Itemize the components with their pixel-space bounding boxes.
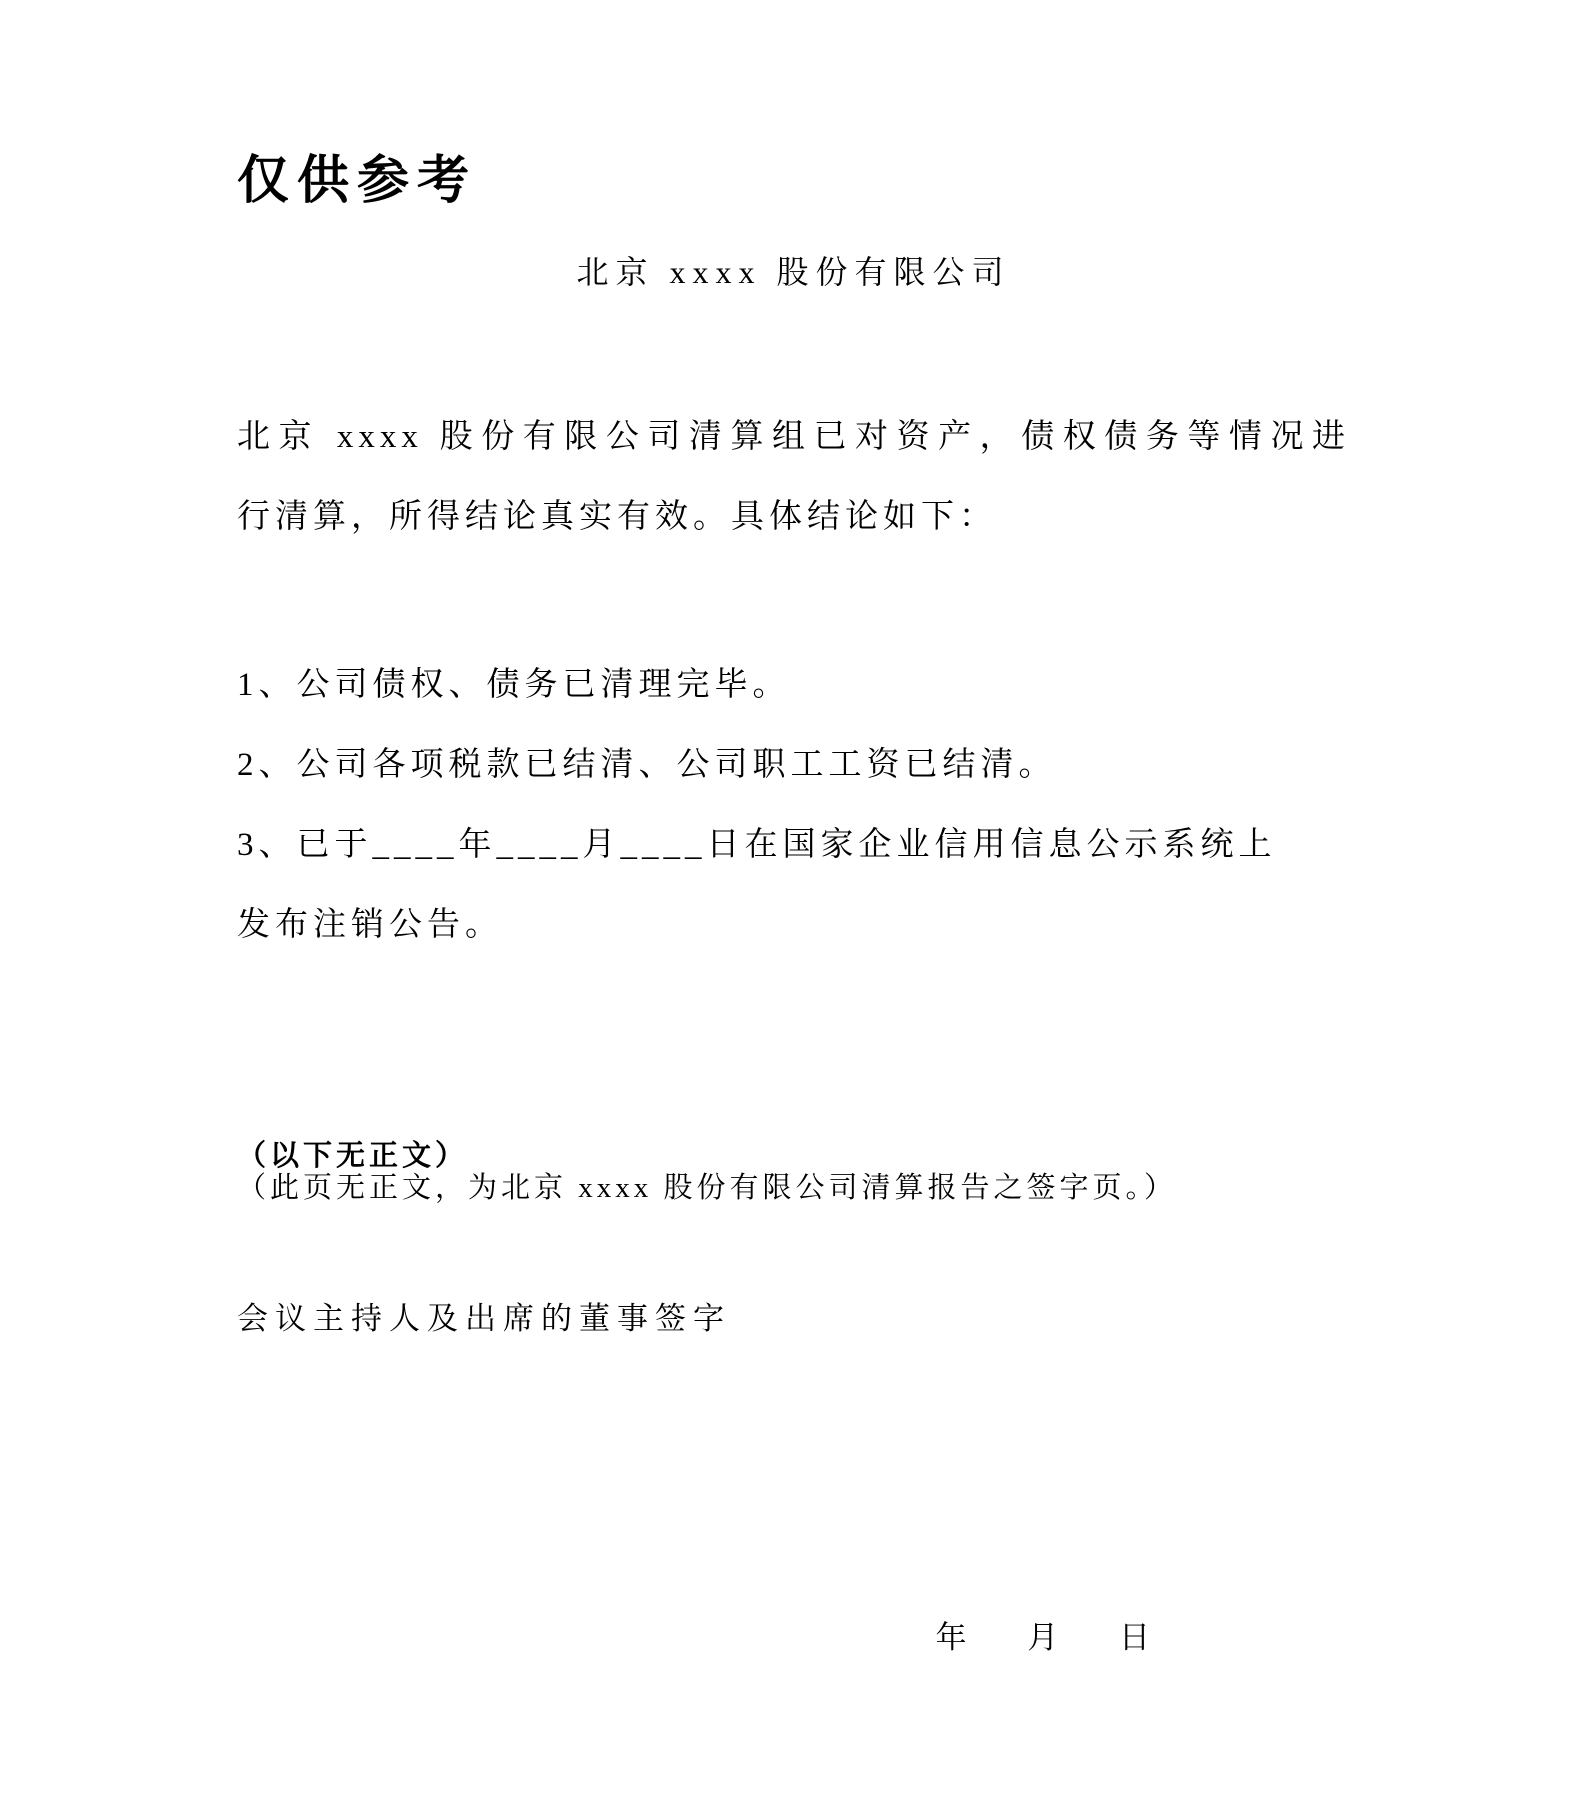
conclusion-item-3: 3、已于____年____月____日在国家企业信用信息公示系统上: [237, 805, 1350, 885]
reference-only-heading: 仅供参考: [237, 156, 1350, 208]
document-page: 仅供参考 北京 xxxx 股份有限公司 北京 xxxx 股份有限公司清算组已对资…: [0, 0, 1587, 1804]
conclusion-list: 1、公司债权、债务已清理完毕。 2、公司各项税款已结清、公司职工工资已结清。 3…: [237, 645, 1350, 965]
paragraph-line: 北京 xxxx 股份有限公司清算组已对资产，债权债务等情况进: [237, 397, 1350, 477]
date-line: 年 月 日: [237, 1621, 1350, 1655]
paragraph-line: 行清算，所得结论真实有效。具体结论如下：: [237, 477, 1350, 557]
signature-page-note: （此页无正文，为北京 xxxx 股份有限公司清算报告之签字页。）: [237, 1172, 1350, 1204]
end-of-text-notes: （以下无正文） （此页无正文，为北京 xxxx 股份有限公司清算报告之签字页。）: [237, 1140, 1350, 1204]
conclusion-item-2: 2、公司各项税款已结清、公司职工工资已结清。: [237, 725, 1350, 805]
signature-instruction: 会议主持人及出席的董事签字: [237, 1301, 1350, 1337]
date-year-label: 年: [936, 1621, 967, 1655]
date-day-label: 日: [1119, 1621, 1150, 1655]
conclusion-item-1: 1、公司债权、债务已清理完毕。: [237, 645, 1350, 725]
conclusion-item-3-continuation: 发布注销公告。: [237, 885, 1350, 965]
date-month-label: 月: [1027, 1621, 1058, 1655]
no-body-text-note: （以下无正文）: [237, 1140, 1350, 1172]
company-name-title: 北京 xxxx 股份有限公司: [237, 254, 1350, 290]
liquidation-statement-paragraph: 北京 xxxx 股份有限公司清算组已对资产，债权债务等情况进 行清算，所得结论真…: [237, 397, 1350, 557]
